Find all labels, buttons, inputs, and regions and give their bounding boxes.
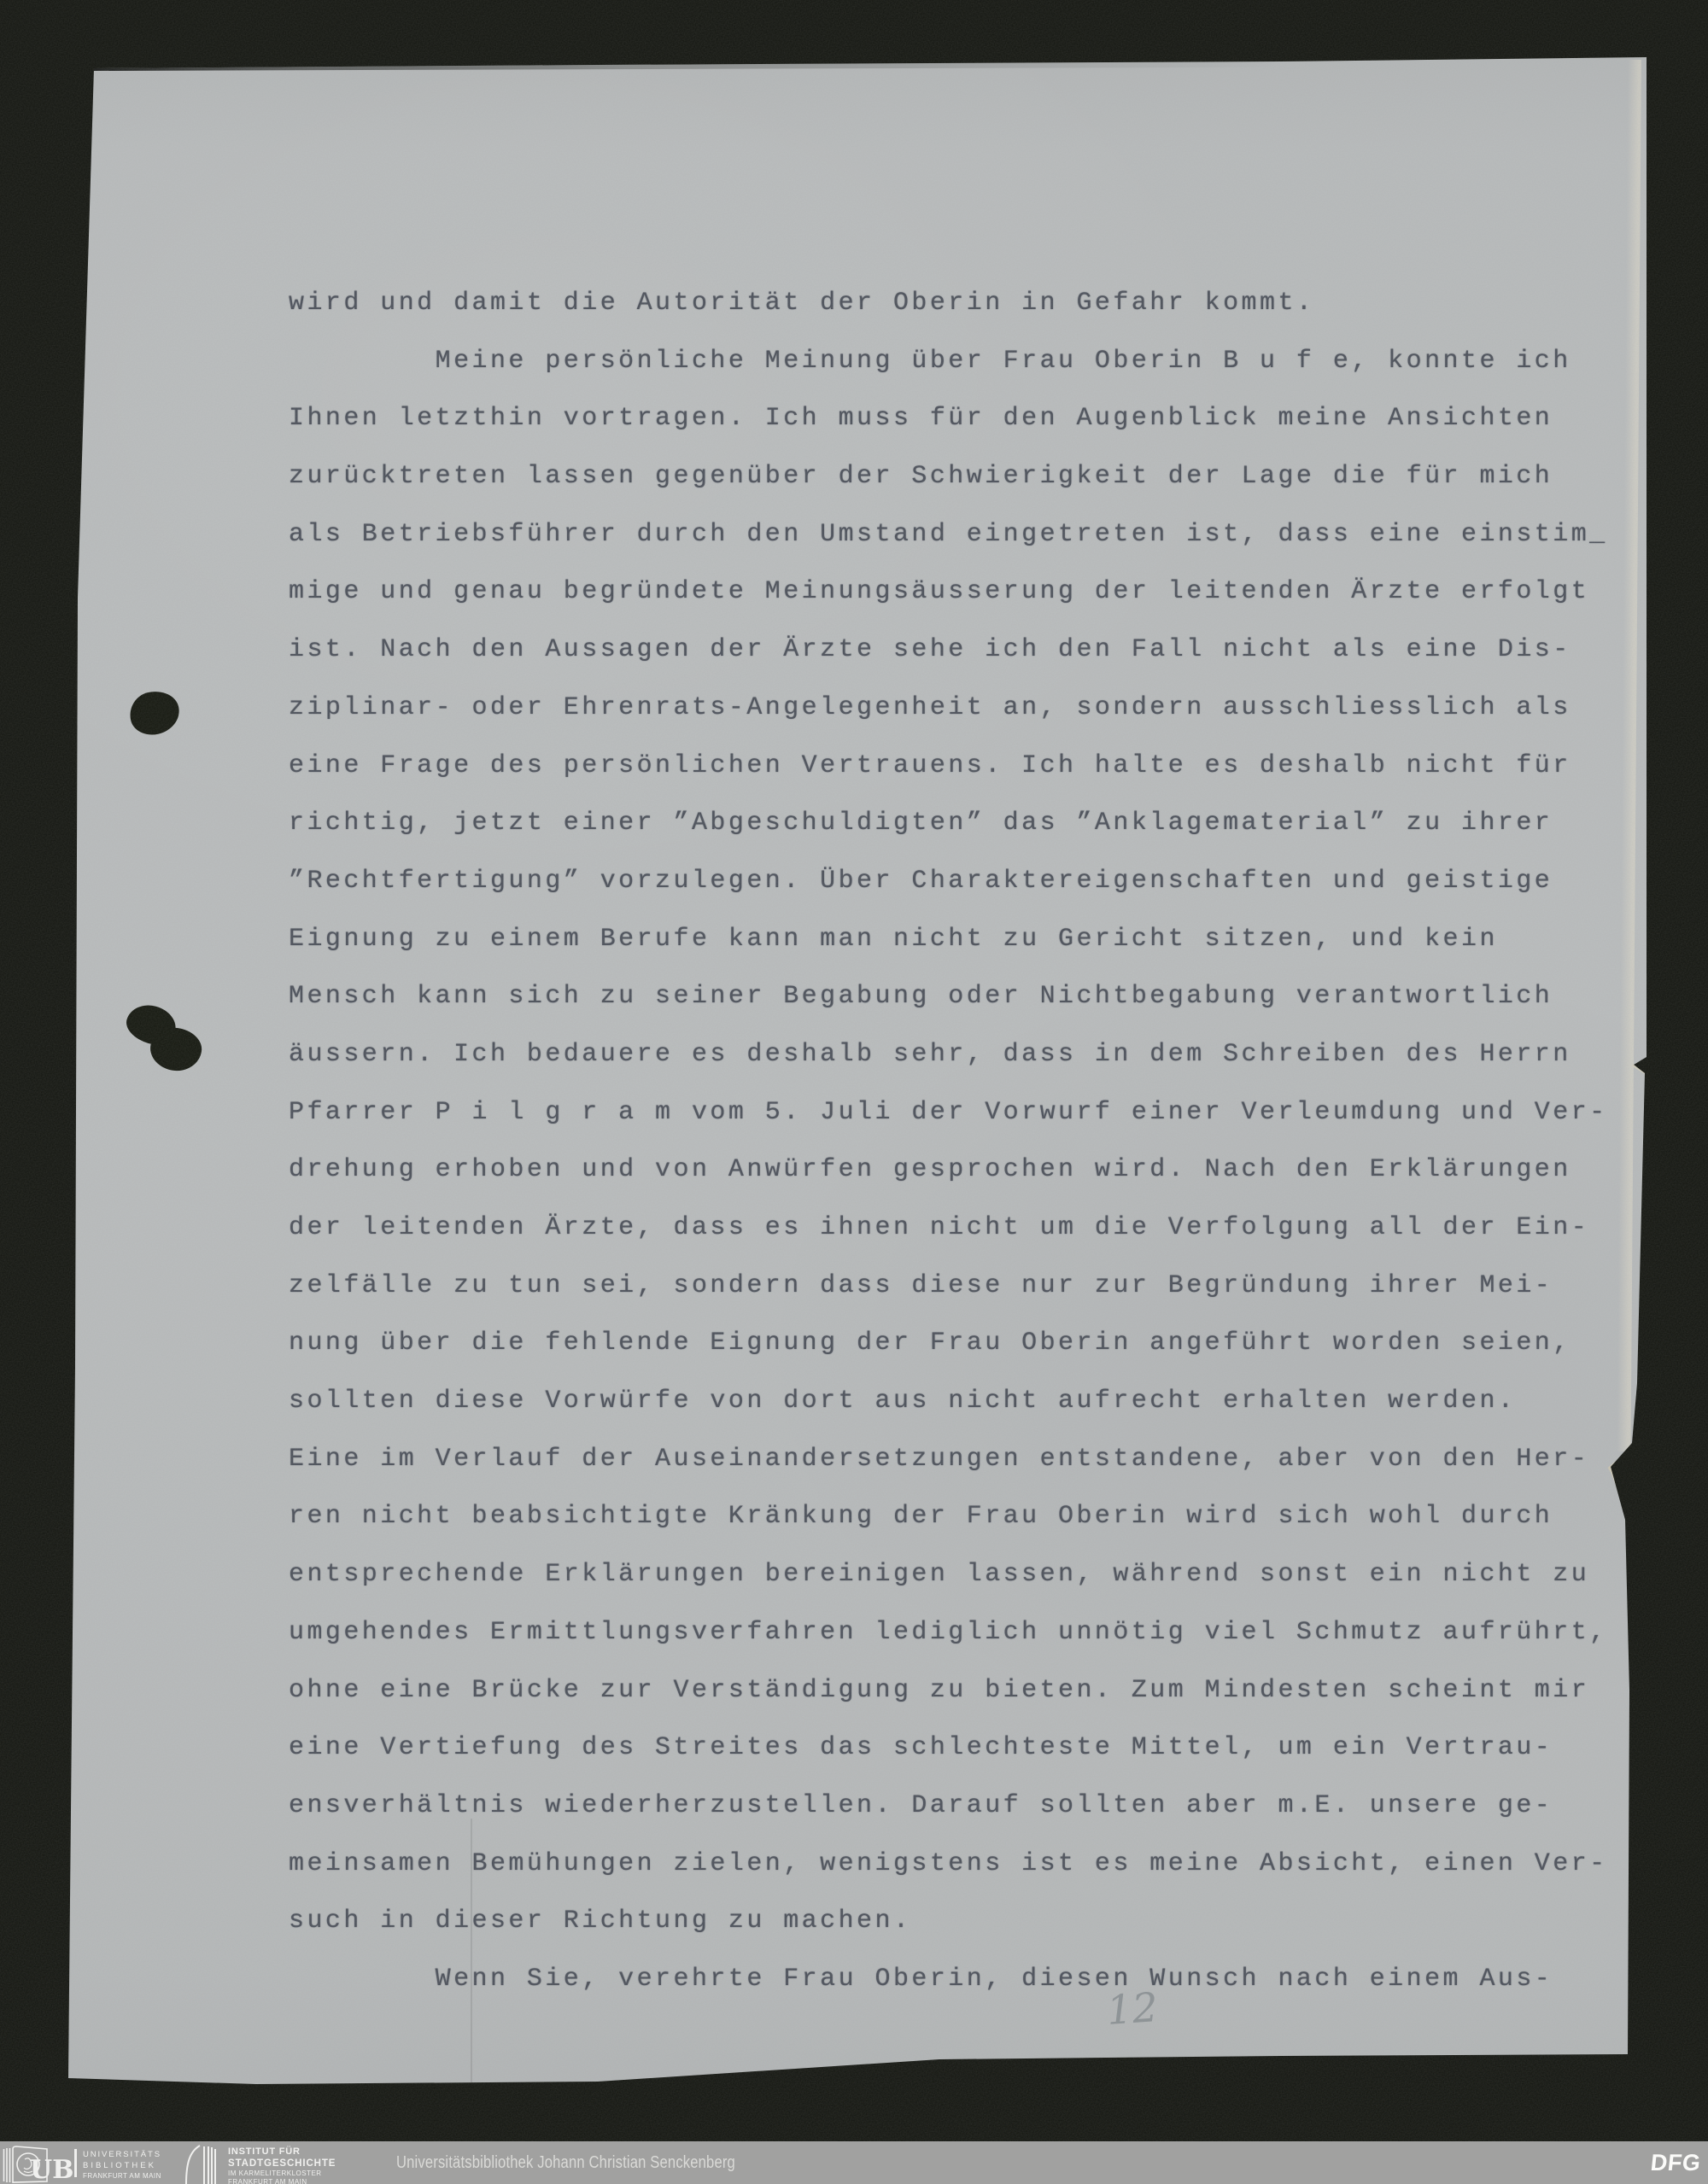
typed-line: sollten diese Vorwürfe von dort aus nich… [289, 1373, 1672, 1431]
footer-bar: UB UNIVERSITÄTS BIBLIOTHEK FRANKFURT AM … [0, 2141, 1708, 2184]
typed-line: ist. Nach den Aussagen der Ärzte sehe ic… [289, 622, 1672, 680]
typed-line: Mensch kann sich zu seiner Begabung oder… [289, 968, 1672, 1026]
typed-line: Pfarrer P i l g r a m vom 5. Juli der Vo… [289, 1084, 1672, 1142]
typed-line: umgehendes Ermittlungsverfahren lediglic… [289, 1604, 1672, 1662]
document-page: wird und damit die Autorität der Oberin … [0, 0, 1708, 2184]
ub-wordmark-line: FRANKFURT AM MAIN [83, 2171, 161, 2181]
typed-line: zurücktreten lassen gegenüber der Schwie… [289, 448, 1672, 506]
institut-wordmark-line: IM KARMELITERKLOSTER [228, 2169, 336, 2178]
typed-text-block: wird und damit die Autorität der Oberin … [289, 275, 1672, 2009]
paper-top-shadow [92, 61, 1279, 71]
typed-line: eine Vertiefung des Streites das schlech… [289, 1720, 1672, 1778]
pencil-page-number: 12 [1105, 1984, 1160, 2035]
typed-line: ensverhältnis wiederherzustellen. Darauf… [289, 1778, 1672, 1836]
typed-line: such in dieser Richtung zu machen. [289, 1893, 1672, 1951]
typed-line: Eine im Verlauf der Auseinandersetzungen… [289, 1431, 1672, 1489]
punch-hole-top [126, 687, 183, 739]
institut-wordmark-line: FRANKFURT AM MAIN [228, 2178, 336, 2184]
typed-line: als Betriebsführer durch den Umstand ein… [289, 506, 1672, 564]
typed-line: ”Rechtfertigung” vorzulegen. Über Charak… [289, 853, 1672, 911]
typed-line: wird und damit die Autorität der Oberin … [289, 275, 1672, 333]
typed-line: ohne eine Brücke zur Verständigung zu bi… [289, 1662, 1672, 1720]
typed-line: äussern. Ich bedauere es deshalb sehr, d… [289, 1026, 1672, 1084]
typed-line: Wenn Sie, verehrte Frau Oberin, diesen W… [289, 1951, 1672, 2009]
typed-line: entsprechende Erklärungen bereinigen las… [289, 1546, 1672, 1604]
dfg-logo: DFG [1648, 2141, 1703, 2184]
svg-text:UB: UB [30, 2155, 74, 2183]
ub-library-wordmark: UNIVERSITÄTS BIBLIOTHEK FRANKFURT AM MAI… [83, 2149, 161, 2181]
typed-line: ren nicht beabsichtigte Kränkung der Fra… [289, 1488, 1672, 1546]
typed-line: Eignung zu einem Berufe kann man nicht z… [289, 911, 1672, 969]
institut-wordmark-line: INSTITUT FÜR [228, 2146, 336, 2158]
library-name-text: Universitätsbibliothek Johann Christian … [396, 2141, 735, 2184]
ub-library-logo-icon: UB [3, 2146, 78, 2183]
typed-line: drehung erhoben und von Anwürfen gesproc… [289, 1142, 1672, 1200]
typed-line: meinsamen Bemühungen zielen, wenigstens … [289, 1836, 1672, 1894]
typed-line: ziplinar- oder Ehrenrats-Angelegenheit a… [289, 680, 1672, 738]
ub-wordmark-line: BIBLIOTHEK [83, 2160, 161, 2171]
institut-arch-icon [184, 2145, 218, 2184]
typed-line: richtig, jetzt einer ”Abgeschuldigten” d… [289, 795, 1672, 853]
typed-line: mige und genau begründete Meinungsäusser… [289, 564, 1672, 622]
typed-line: zelfälle zu tun sei, sondern dass diese … [289, 1258, 1672, 1316]
typed-line: eine Frage des persönlichen Vertrauens. … [289, 738, 1672, 796]
typed-line: nung über die fehlende Eignung der Frau … [289, 1315, 1672, 1373]
ub-wordmark-line: UNIVERSITÄTS [83, 2149, 161, 2160]
footer-logo-divider [74, 2149, 77, 2177]
scan-viewer: wird und damit die Autorität der Oberin … [0, 0, 1708, 2184]
institut-wordmark-line: STADTGESCHICHTE [228, 2158, 336, 2169]
punch-hole-bottom [126, 1004, 208, 1076]
institut-wordmark: INSTITUT FÜR STADTGESCHICHTE IM KARMELIT… [228, 2146, 336, 2184]
typed-line: der leitenden Ärzte, dass es ihnen nicht… [289, 1200, 1672, 1258]
typed-line: Ihnen letzthin vortragen. Ich muss für d… [289, 390, 1672, 448]
typed-line: Meine persönliche Meinung über Frau Ober… [289, 333, 1672, 391]
